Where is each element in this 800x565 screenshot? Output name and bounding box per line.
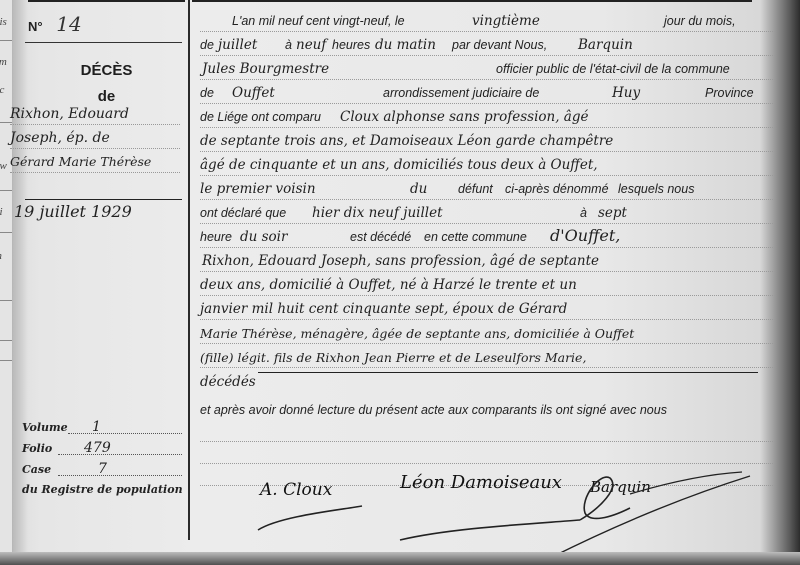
printed-text: ci-après dénommé [505,182,609,196]
printed-text: ont déclaré que [200,206,286,220]
act-number-value: 14 [56,12,81,36]
handwritten-month: juillet [218,37,257,53]
handwritten-time-of-day: du soir [240,229,287,245]
printed-text: en cette commune [424,230,527,244]
printed-closing-text: et après avoir donné lecture du présent … [200,403,667,417]
printed-text: de [200,86,214,100]
record-type-title: DÉCÈS [28,62,185,79]
printed-text: officier public de l'état-civil de la co… [496,62,730,76]
margin-top-rule [28,0,185,2]
handwritten-deceased-details: deux ans, domicilié à Ouffet, né à Harzé… [200,277,577,293]
register-reference: Volume 1 Folio 479 Case 7 du Registre de… [22,416,182,496]
handwritten-commune: Ouffet [232,85,275,101]
act-line-5: de Liége ont comparu Cloux alphonse sans… [200,104,775,128]
act-line-3: Jules Bourgmestre officier public de l'é… [200,56,775,80]
act-line-2: de juillet à neuf heures du matin par de… [200,32,775,56]
handwritten-death-place: d'Ouffet, [550,226,620,245]
handwritten-relation: le premier voisin [200,181,316,197]
prev-page-fragment: ois [0,16,7,28]
prev-page-fragment: ow [0,160,7,172]
act-line-9: ont déclaré que hier dix neuf juillet à … [200,200,775,224]
handwritten-death-day: hier dix neuf juillet [312,205,443,221]
handwritten-du: du [410,181,427,197]
handwritten-witness-2-details: âgé de cinquante et un ans, domiciliés t… [200,157,598,173]
prev-page-fragment: m [0,250,2,262]
handwritten-hour: neuf [296,37,326,53]
case-value: 7 [98,461,107,477]
act-line-8: le premier voisin du défunt ci-après dén… [200,176,775,200]
printed-text: de Liége ont comparu [200,110,321,124]
printed-text: par devant Nous, [452,38,547,52]
printed-text: heure [200,230,232,244]
printed-text: défunt [458,182,493,196]
printed-text: est décédé [350,230,411,244]
handwritten-spouse: Marie Thérèse, ménagère, âgée de septant… [200,326,634,341]
handwritten-officer-title: Jules Bourgmestre [202,61,329,77]
number-rule [25,42,182,43]
act-line-17: et après avoir donné lecture du présent … [200,392,775,420]
prev-page-fragment: nc [0,84,4,96]
handwritten-parents: (fille) légit. fils de Rixhon Jean Pierr… [200,350,586,365]
prev-page-fragment: oi [0,206,3,218]
date-rule [25,199,182,200]
page-bottom-edge [0,552,800,565]
printed-text: Province [705,86,754,100]
printed-text: à [285,38,292,52]
death-date: 19 juillet 1929 [14,202,132,221]
register-footer: du Registre de population [22,483,182,496]
case-label: Case [22,463,51,476]
closing-rule [258,372,758,373]
death-act-text: L'an mil neuf cent vingt-neuf, le vingti… [200,8,775,486]
act-number: N° 14 [28,12,82,36]
record-type-de: de [28,88,185,105]
signatures: A. Cloux Léon Damoiseaux Barquin [250,468,770,548]
handwritten-deceased-status: décédés [200,374,256,390]
act-line-1: L'an mil neuf cent vingt-neuf, le vingti… [200,8,775,32]
handwritten-death-hour: sept [598,205,627,221]
deceased-name-line-1: Rixhon, Edouard [10,104,180,125]
printed-text: heures [332,38,370,52]
act-top-rule [192,0,752,2]
handwritten-officer-name: Barquin [578,37,633,53]
blank-line-1 [200,420,775,442]
act-line-10: heure du soir est décédé en cette commun… [200,224,775,248]
volume-value: 1 [92,419,101,435]
handwritten-witness-2: de septante trois ans, et Damoiseaux Léo… [200,133,613,149]
blank-line-2 [200,442,775,464]
deceased-name-line-2: Joseph, ép. de [10,128,180,149]
act-line-11: Rixhon, Edouard Joseph, sans profession,… [200,248,775,272]
printed-text: de [200,38,214,52]
case-row: Case 7 [22,458,182,479]
folio-label: Folio [22,442,52,455]
act-line-12: deux ans, domicilié à Ouffet, né à Harzé… [200,272,775,296]
handwritten-deceased: Rixhon, Edouard Joseph, sans profession,… [202,253,599,269]
handwritten-birth-date: janvier mil huit cent cinquante sept, ép… [200,301,567,317]
volume-label: Volume [22,421,68,434]
act-line-6: de septante trois ans, et Damoiseaux Léo… [200,128,775,152]
handwritten-day: vingtième [472,13,540,29]
printed-text: lesquels nous [618,182,694,196]
register-page: ois cm nc i ow oi m a N° 14 DÉCÈS de Rix… [0,0,800,565]
volume-row: Volume 1 [22,416,182,437]
deceased-name-line-3: Gérard Marie Thérèse [10,152,180,173]
act-line-13: janvier mil huit cent cinquante sept, ép… [200,296,775,320]
folio-value: 479 [84,440,111,456]
printed-text: L'an mil neuf cent vingt-neuf, le [232,14,405,28]
handwritten-time-of-day: du matin [375,37,436,53]
printed-text: jour du mois, [664,14,736,28]
act-line-14: Marie Thérèse, ménagère, âgée de septant… [200,320,775,344]
act-line-4: de Ouffet arrondissement judiciaire de H… [200,80,775,104]
act-line-15: (fille) légit. fils de Rixhon Jean Pierr… [200,344,775,368]
act-number-label: N° [28,19,43,34]
prev-page-fragment: cm [0,56,7,68]
signature-flourish-icon [250,468,770,558]
printed-text: arrondissement judiciaire de [383,86,539,100]
printed-text: à [580,206,587,220]
handwritten-arrondissement: Huy [612,85,640,101]
handwritten-witness-1: Cloux alphonse sans profession, âgé [340,109,588,125]
folio-row: Folio 479 [22,437,182,458]
act-line-7: âgé de cinquante et un ans, domiciliés t… [200,152,775,176]
